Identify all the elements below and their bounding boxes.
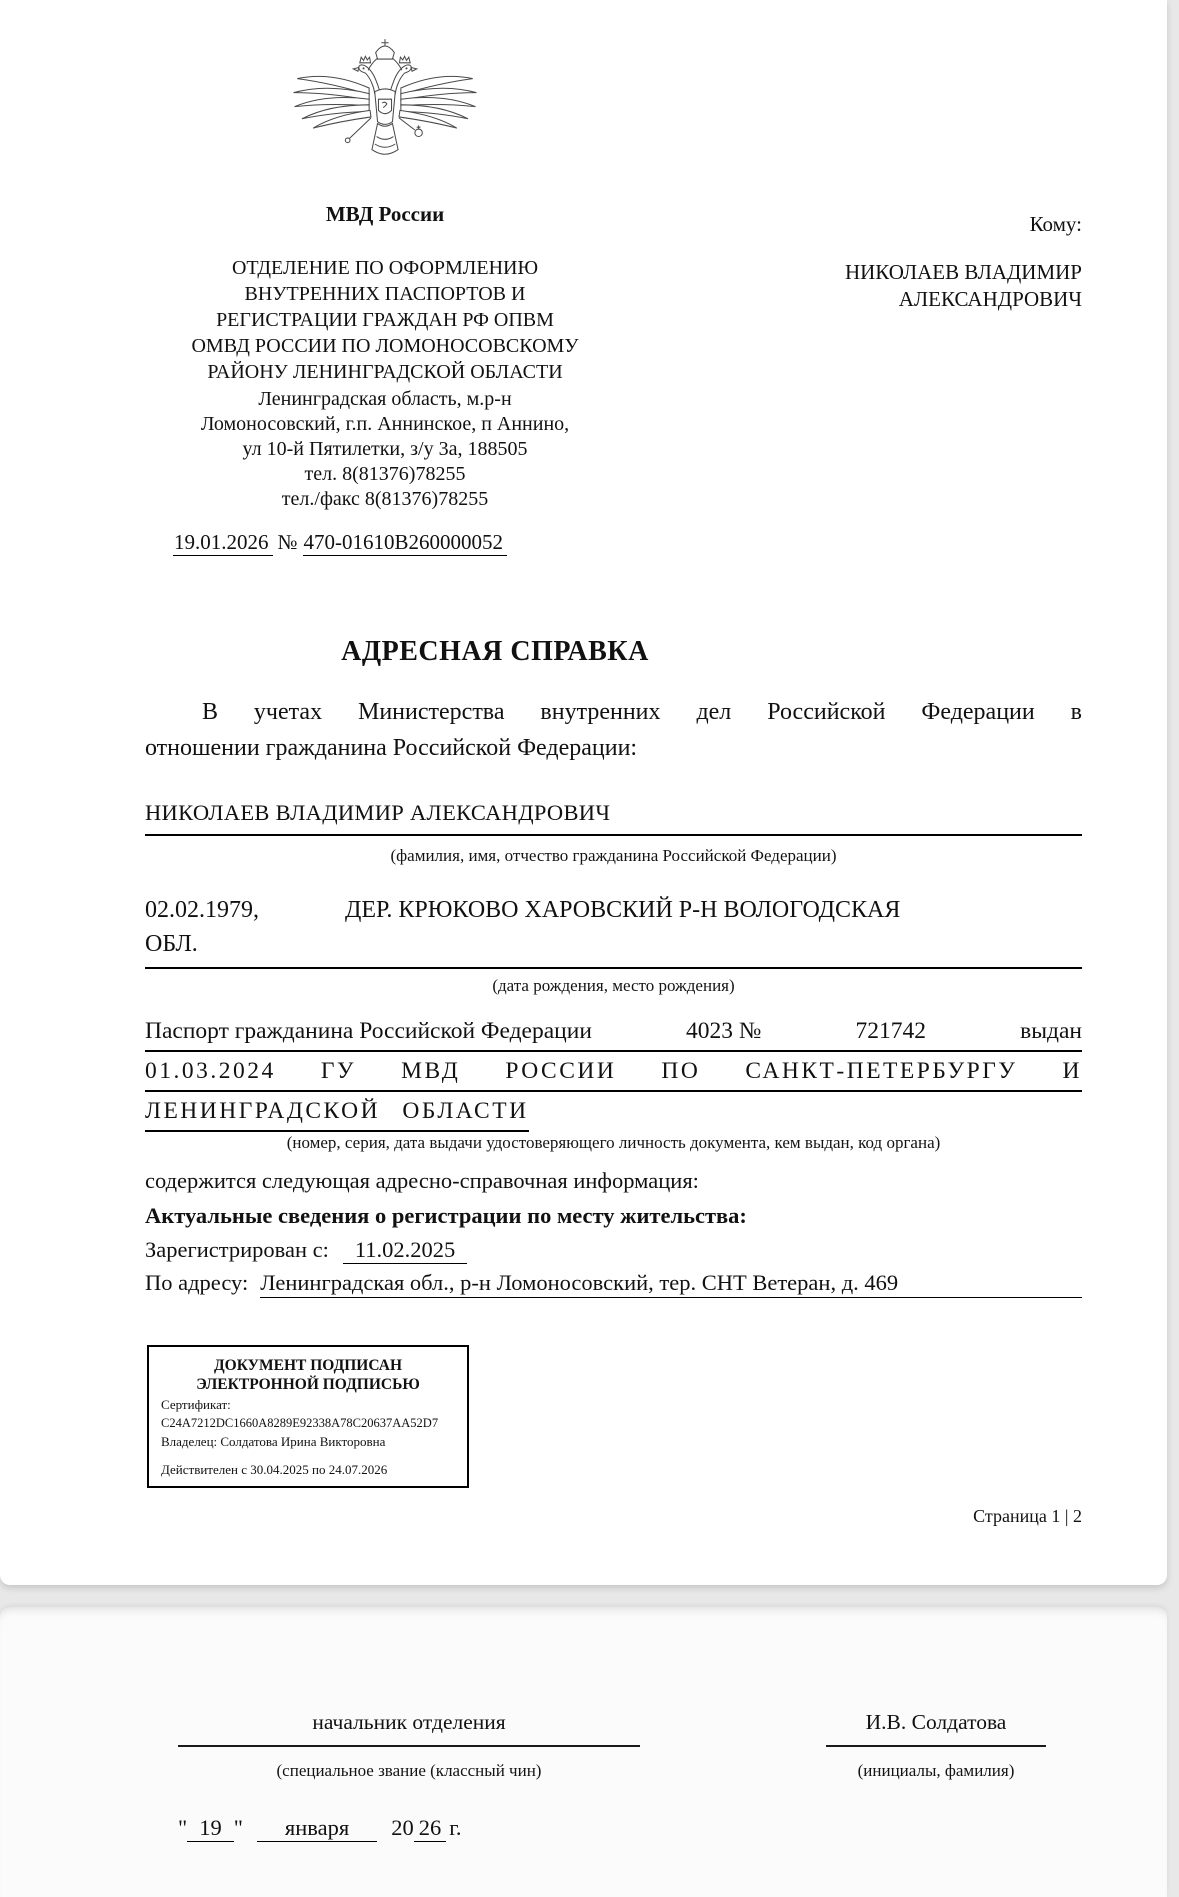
document-date-number: 19.01.2026№470-01610В260000052 <box>145 530 625 555</box>
certificate-owner: Владелец: Солдатова Ирина Викторовна <box>161 1434 455 1450</box>
birth-date: 02.02.1979, <box>145 893 345 927</box>
number-sign: № <box>278 530 298 554</box>
org-title: МВД России <box>145 202 625 227</box>
intro-line2: отношении гражданина Российской Федераци… <box>145 730 1082 766</box>
open-quote: " <box>178 1815 187 1840</box>
signer-name: И.В. Солдатова <box>826 1710 1046 1747</box>
org-fax: тел./факс 8(81376)78255 <box>145 487 625 512</box>
certificate-label: Сертификат: <box>161 1397 455 1413</box>
org-name-line: РАЙОНУ ЛЕНИНГРАДСКОЙ ОБЛАСТИ <box>145 359 625 385</box>
recipient-name: НИКОЛАЕВ ВЛАДИМИР АЛЕКСАНДРОВИЧ <box>625 259 1082 313</box>
electronic-signature-stamp: ДОКУМЕНТ ПОДПИСАН ЭЛЕКТРОННОЙ ПОДПИСЬЮ С… <box>147 1345 469 1488</box>
passport-number: 721742 <box>855 1018 926 1045</box>
signature-row: начальник отделения (специальное звание … <box>145 1710 1082 1781</box>
passport-line2: 01.03.2024 ГУ МВД РОССИИ ПО САНКТ-ПЕТЕРБ… <box>145 1052 1082 1092</box>
citizen-name-caption: (фамилия, имя, отчество гражданина Росси… <box>145 846 1082 866</box>
org-name-line: ОМВД РОССИИ ПО ЛОМОНОСОВСКОМУ <box>145 333 625 359</box>
passport-line3: ЛЕНИНГРАДСКОЙ ОБЛАСТИ <box>145 1092 1082 1132</box>
signer-name-block: И.В. Солдатова (инициалы, фамилия) <box>826 1710 1046 1781</box>
recipient-name-line1: НИКОЛАЕВ ВЛАДИМИР <box>625 259 1082 286</box>
org-address: Ленинградская область, м.р-н Ломоносовск… <box>145 387 625 512</box>
signer-position-caption: (специальное звание (классный чин) <box>178 1761 640 1781</box>
registered-since-date: 11.02.2025 <box>343 1237 467 1264</box>
birth-place-line1: ДЕР. КРЮКОВО ХАРОВСКИЙ Р-Н ВОЛОГОДСКАЯ <box>345 893 900 927</box>
close-quote: " <box>234 1815 243 1840</box>
org-address-line: ул 10-й Пятилетки, з/у 3а, 188505 <box>145 437 625 462</box>
certificate-validity: Действителен с 30.04.2025 по 24.07.2026 <box>161 1462 455 1478</box>
signature-date-row: "19"января2026г. <box>178 1815 462 1841</box>
document-page-1: МВД России ОТДЕЛЕНИЕ ПО ОФОРМЛЕНИЮ ВНУТР… <box>0 0 1167 1585</box>
citizen-name-field: НИКОЛАЕВ ВЛАДИМИР АЛЕКСАНДРОВИЧ <box>145 800 1082 836</box>
birth-place-line2: ОБЛ. <box>145 927 1082 961</box>
issuing-org-block: МВД России ОТДЕЛЕНИЕ ПО ОФОРМЛЕНИЮ ВНУТР… <box>145 32 625 555</box>
intro-line1: В учетах Министерства внутренних дел Рос… <box>145 694 1082 730</box>
registered-since-row: Зарегистрирован с:11.02.2025 <box>145 1237 467 1263</box>
stamp-title: ДОКУМЕНТ ПОДПИСАН ЭЛЕКТРОННОЙ ПОДПИСЬЮ <box>161 1356 455 1394</box>
org-name-line: ОТДЕЛЕНИЕ ПО ОФОРМЛЕНИЮ <box>145 255 625 281</box>
document-number: 470-01610В260000052 <box>303 530 508 556</box>
document-page-2: начальник отделения (специальное звание … <box>0 1607 1167 1897</box>
signature-year-suffix: 26 <box>414 1815 447 1842</box>
birth-field: 02.02.1979, ДЕР. КРЮКОВО ХАРОВСКИЙ Р-Н В… <box>145 893 1082 969</box>
org-name: ОТДЕЛЕНИЕ ПО ОФОРМЛЕНИЮ ВНУТРЕННИХ ПАСПО… <box>145 255 625 385</box>
signature-year-prefix: 20 <box>391 1815 414 1840</box>
page-indicator: Страница 1 | 2 <box>973 1506 1082 1527</box>
passport-field: Паспорт гражданина Российской Федерации … <box>145 1018 1082 1132</box>
passport-line1: Паспорт гражданина Российской Федерации … <box>145 1018 1082 1052</box>
document-title: АДРЕСНАЯ СПРАВКА <box>145 636 845 668</box>
address-value: Ленинградская обл., р-н Ломоносовский, т… <box>260 1270 1082 1298</box>
org-address-line: Ленинградская область, м.р-н <box>145 387 625 412</box>
stamp-title-line2: ЭЛЕКТРОННОЙ ПОДПИСЬЮ <box>161 1375 455 1394</box>
letterhead: МВД России ОТДЕЛЕНИЕ ПО ОФОРМЛЕНИЮ ВНУТР… <box>145 32 1082 555</box>
certificate-value: C24A7212DC1660A8289E92338A78C20637AA52D7 <box>161 1416 455 1431</box>
passport-issued-word: выдан <box>1020 1018 1082 1045</box>
recipient-block: Кому: НИКОЛАЕВ ВЛАДИМИР АЛЕКСАНДРОВИЧ <box>625 32 1082 555</box>
passport-caption: (номер, серия, дата выдачи удостоверяюще… <box>145 1133 1082 1153</box>
org-phone: тел. 8(81376)78255 <box>145 462 625 487</box>
document-viewer: { "colors": { "text": "#111111", "page":… <box>0 0 1179 1897</box>
registered-since-label: Зарегистрирован с: <box>145 1237 329 1262</box>
mvd-double-headed-eagle-icon <box>282 32 488 172</box>
org-name-line: РЕГИСТРАЦИИ ГРАЖДАН РФ ОПВМ <box>145 307 625 333</box>
stamp-title-line1: ДОКУМЕНТ ПОДПИСАН <box>161 1356 455 1375</box>
contains-line: содержится следующая адресно-справочная … <box>145 1168 699 1194</box>
birth-row: 02.02.1979, ДЕР. КРЮКОВО ХАРОВСКИЙ Р-Н В… <box>145 893 1082 927</box>
address-label: По адресу: <box>145 1270 260 1298</box>
passport-intro: Паспорт гражданина Российской Федерации <box>145 1018 592 1045</box>
signer-position: начальник отделения <box>178 1710 640 1747</box>
signature-month: января <box>257 1815 377 1842</box>
signature-day: 19 <box>187 1815 234 1842</box>
registration-heading: Актуальные сведения о регистрации по мес… <box>145 1203 747 1229</box>
signer-name-caption: (инициалы, фамилия) <box>826 1761 1046 1781</box>
passport-line3-text: ЛЕНИНГРАДСКОЙ ОБЛАСТИ <box>145 1098 529 1132</box>
recipient-label: Кому: <box>625 212 1082 237</box>
document-date: 19.01.2026 <box>173 530 273 556</box>
birth-caption: (дата рождения, место рождения) <box>145 976 1082 996</box>
org-address-line: Ломоносовский, г.п. Аннинское, п Аннино, <box>145 412 625 437</box>
signature-year-word: г. <box>449 1815 461 1840</box>
intro-paragraph: В учетах Министерства внутренних дел Рос… <box>145 694 1082 766</box>
recipient-name-line2: АЛЕКСАНДРОВИЧ <box>625 286 1082 313</box>
passport-series: 4023 № <box>686 1018 761 1045</box>
org-name-line: ВНУТРЕННИХ ПАСПОРТОВ И <box>145 281 625 307</box>
registration-address-row: По адресу: Ленинградская обл., р-н Ломон… <box>145 1270 1082 1298</box>
signer-position-block: начальник отделения (специальное звание … <box>178 1710 640 1781</box>
